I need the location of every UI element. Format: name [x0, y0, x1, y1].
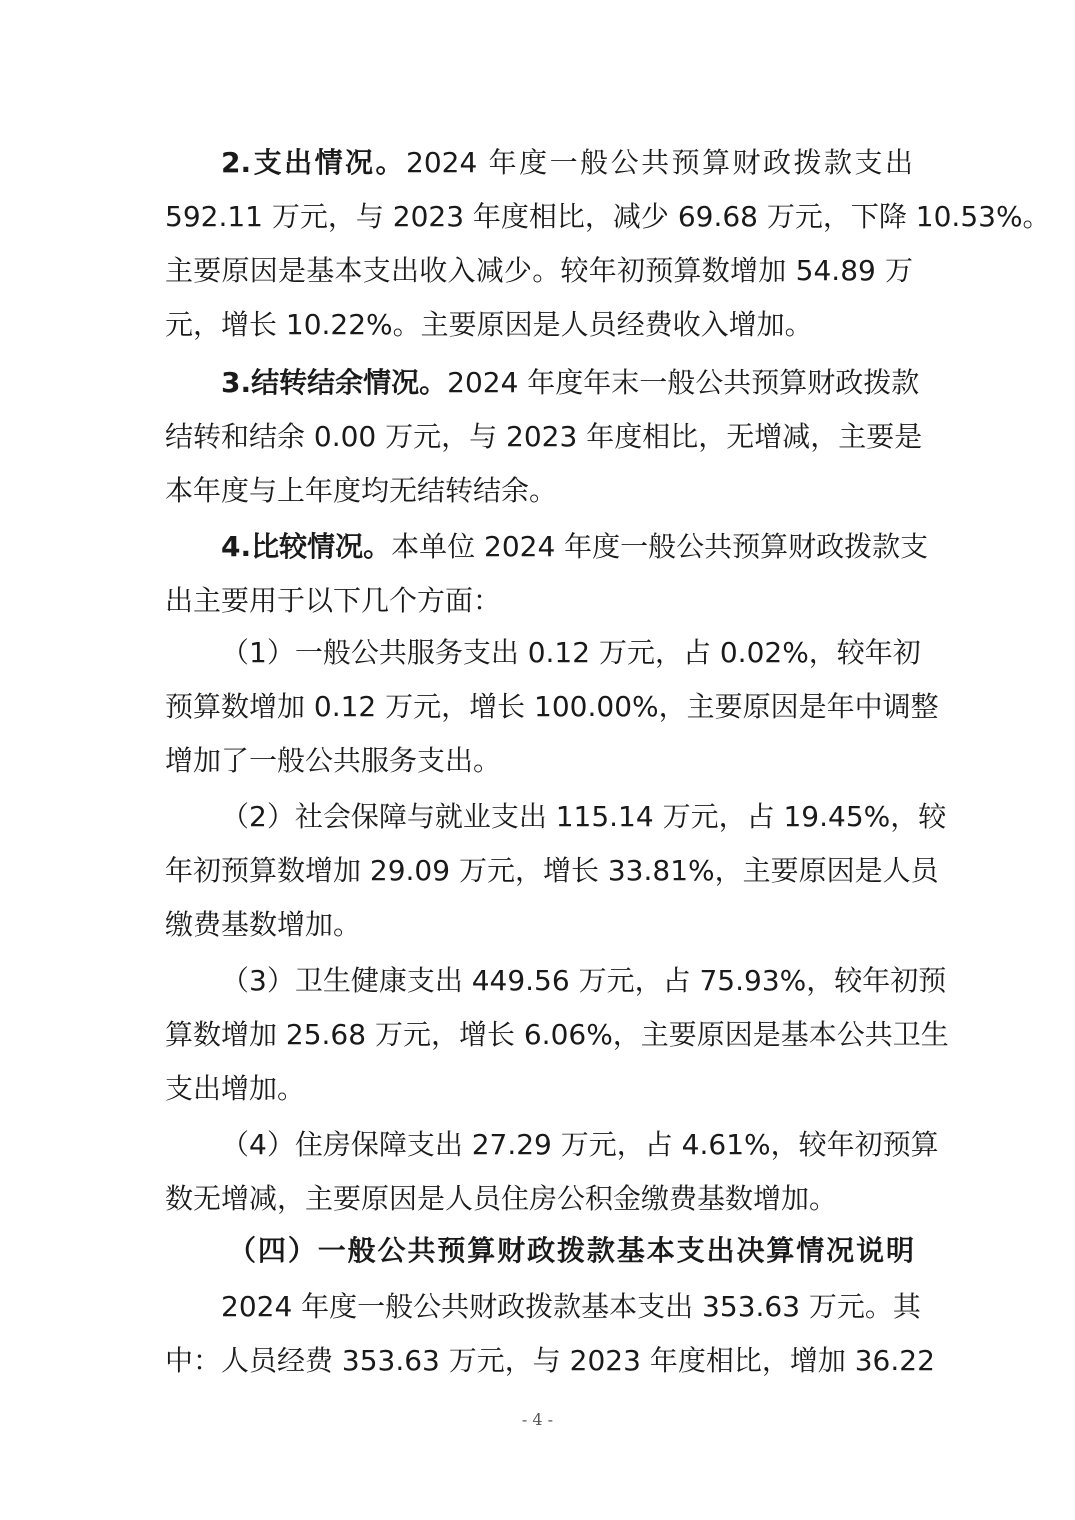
- item2-line-2: 年初预算数增加 29.09 万元，增长 33.81%，主要原因是人员: [165, 851, 913, 891]
- page-number: - 4 -: [0, 1410, 1075, 1430]
- section-title-carryover: 3.结转结余情况。: [221, 366, 447, 399]
- item4-line-1: （4）住房保障支出 27.29 万元，占 4.61%，较年初预算: [221, 1125, 913, 1165]
- basic-expenditure-line-2: 中：人员经费 353.63 万元，与 2023 年度相比，增加 36.22: [165, 1341, 913, 1381]
- paragraph-carryover-line-3: 本年度与上年度均无结转结余。: [165, 471, 913, 511]
- text-span: 2024 年度年末一般公共预算财政拨款: [447, 366, 919, 399]
- item1-line-1: （1）一般公共服务支出 0.12 万元，占 0.02%，较年初: [221, 633, 913, 673]
- paragraph-comparison-line-1: 4.比较情况。本单位 2024 年度一般公共预算财政拨款支: [221, 527, 913, 567]
- item2-line-3: 缴费基数增加。: [165, 905, 913, 945]
- text-span: 本单位 2024 年度一般公共预算财政拨款支: [391, 530, 928, 563]
- section-title-comparison: 4.比较情况。: [221, 530, 391, 563]
- paragraph-expenditure-line-2: 592.11 万元，与 2023 年度相比，减少 69.68 万元，下降 10.…: [165, 197, 913, 237]
- item4-line-2: 数无增减，主要原因是人员住房公积金缴费基数增加。: [165, 1179, 913, 1219]
- paragraph-comparison-line-2: 出主要用于以下几个方面：: [165, 581, 913, 621]
- item3-line-1: （3）卫生健康支出 449.56 万元，占 75.93%，较年初预: [221, 961, 913, 1001]
- item2-line-1: （2）社会保障与就业支出 115.14 万元，占 19.45%，较: [221, 797, 913, 837]
- section-heading-basic-expenditure: （四）一般公共预算财政拨款基本支出决算情况说明: [228, 1231, 914, 1271]
- paragraph-expenditure-line-4: 元，增长 10.22%。主要原因是人员经费收入增加。: [165, 305, 913, 345]
- item1-line-3: 增加了一般公共服务支出。: [165, 741, 913, 781]
- paragraph-carryover-line-2: 结转和结余 0.00 万元，与 2023 年度相比，无增减，主要是: [165, 417, 913, 457]
- paragraph-expenditure-line-1: 2.支出情况。2024 年度一般公共预算财政拨款支出: [221, 143, 913, 183]
- text-span: 2024 年度一般公共预算财政拨款支出: [406, 146, 913, 179]
- paragraph-expenditure-line-3: 主要原因是基本支出收入减少。较年初预算数增加 54.89 万: [165, 251, 913, 291]
- section-title-expenditure: 2.支出情况。: [221, 146, 406, 179]
- item3-line-3: 支出增加。: [165, 1069, 913, 1109]
- item3-line-2: 算数增加 25.68 万元，增长 6.06%，主要原因是基本公共卫生: [165, 1015, 913, 1055]
- item1-line-2: 预算数增加 0.12 万元，增长 100.00%，主要原因是年中调整: [165, 687, 913, 727]
- paragraph-carryover-line-1: 3.结转结余情况。2024 年度年末一般公共预算财政拨款: [221, 363, 913, 403]
- basic-expenditure-line-1: 2024 年度一般公共财政拨款基本支出 353.63 万元。其: [221, 1287, 913, 1327]
